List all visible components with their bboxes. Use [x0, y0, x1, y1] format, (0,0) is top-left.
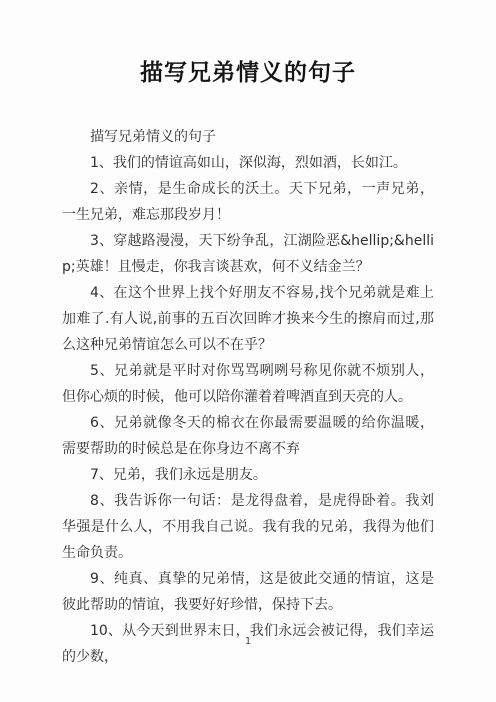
document-body: 描写兄弟情义的句子1、我们的情谊高如山，深似海，烈如酒，长如江。2、亲情，是生命…: [62, 124, 434, 670]
paragraph: 3、穿越路漫漫，天下纷争乱，江湖险恶&hellip;&hellip;英雄！且慢走…: [62, 228, 434, 280]
paragraph: 9、纯真、真挚的兄弟情，这是彼此交通的情谊，这是彼此帮助的情谊，我要好好珍惜，保…: [62, 566, 434, 618]
page-number: 1: [0, 636, 496, 647]
paragraph: 8、我告诉你一句话：是龙得盘着，是虎得卧着。我刘华强是什么人，不用我自己说。我有…: [62, 488, 434, 566]
paragraph: 5、兄弟就是平时对你骂骂咧咧号称见你就不烦别人，但你心烦的时候，他可以陪你灌着着…: [62, 358, 434, 410]
document-title: 描写兄弟情义的句子: [62, 58, 434, 88]
paragraph: 描写兄弟情义的句子: [62, 124, 434, 150]
document-page: 描写兄弟情义的句子 描写兄弟情义的句子1、我们的情谊高如山，深似海，烈如酒，长如…: [0, 0, 496, 702]
paragraph: 1、我们的情谊高如山，深似海，烈如酒，长如江。: [62, 150, 434, 176]
paragraph: 4、在这个世界上找个好朋友不容易,找个兄弟就是难上加难了.有人说,前事的五百次回…: [62, 280, 434, 358]
paragraph: 2、亲情，是生命成长的沃土。天下兄弟，一声兄弟，一生兄弟，难忘那段岁月！: [62, 176, 434, 228]
paragraph: 7、兄弟，我们永远是朋友。: [62, 462, 434, 488]
paragraph: 6、兄弟就像冬天的棉衣在你最需要温暖的给你温暖，需要帮助的时候总是在你身边不离不…: [62, 410, 434, 462]
